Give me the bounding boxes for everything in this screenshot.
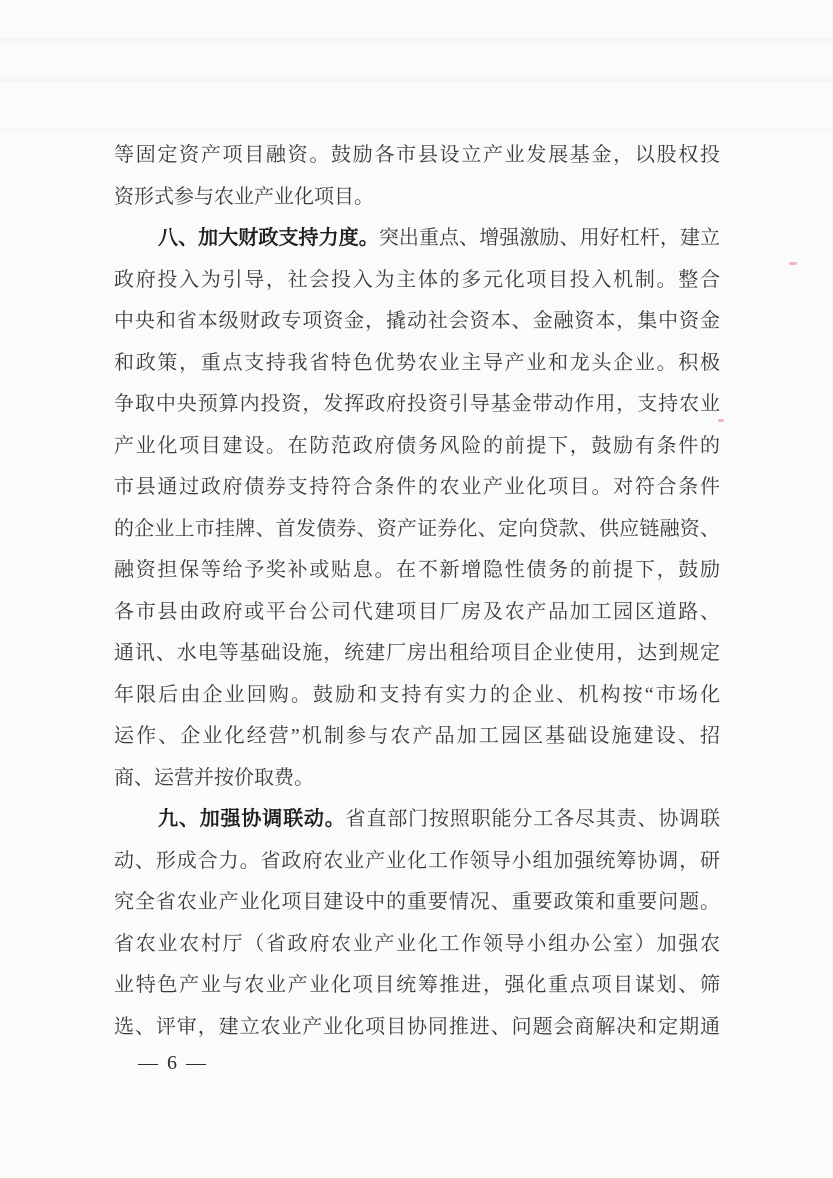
text-run: 商、运营并按价取费。: [114, 767, 314, 789]
text-run: 融资担保等给予奖补或贴息。在不新增隐性债务的前提下，鼓励: [114, 559, 720, 581]
text-run: 等固定资产项目融资。鼓励各市县设立产业发展基金，以股权投: [114, 144, 720, 166]
text-line: 争取中央预算内投资，发挥政府投资引导基金带动作用，支持农业: [114, 384, 720, 426]
text-run: 省直部门按照职能分工各尽其责、协调联: [346, 808, 720, 830]
text-run: 各市县由政府或平台公司代建项目厂房及农产品加工园区道路、: [114, 601, 720, 623]
text-run: 市县通过政府债券支持符合条件的农业产业化项目。对符合条件: [114, 476, 720, 498]
text-run: 运作、企业化经营”机制参与农产品加工园区基础设施建设、招: [114, 725, 720, 747]
text-line: 年限后由企业回购。鼓励和支持有实力的企业、机构按“市场化: [114, 675, 720, 717]
text-run: 究全省农业产业化项目建设中的重要情况、重要政策和重要问题。: [114, 891, 720, 913]
section-heading: 八、加大财政支持力度。: [158, 227, 379, 249]
text-run: 通讯、水电等基础设施，统建厂房出租给项目企业使用，达到规定: [114, 642, 720, 664]
text-run: 中央和省本级财政专项资金，撬动社会资本、金融资本，集中资金: [114, 310, 720, 332]
text-run: 的企业上市挂牌、首发债券、资产证券化、定向贷款、供应链融资、: [114, 518, 720, 540]
scan-artifact-band: [0, 38, 833, 45]
text-line: 中央和省本级财政专项资金，撬动社会资本、金融资本，集中资金: [114, 301, 720, 343]
text-line: 产业化项目建设。在防范政府债务风险的前提下，鼓励有条件的: [114, 426, 720, 468]
text-line: 动、形成合力。省政府农业产业化工作领导小组加强统筹协调，研: [114, 841, 720, 883]
text-run: 资形式参与农业产业化项目。: [114, 186, 374, 208]
text-line: 商、运营并按价取费。: [114, 758, 720, 800]
section-heading: 九、加强协调联动。: [158, 808, 346, 830]
scan-speck: [789, 262, 797, 265]
text-line: 市县通过政府债券支持符合条件的农业产业化项目。对符合条件: [114, 467, 720, 509]
text-line: 和政策，重点支持我省特色优势农业主导产业和龙头企业。积极: [114, 343, 720, 385]
scanned-document-page: 等固定资产项目融资。鼓励各市县设立产业发展基金，以股权投资形式参与农业产业化项目…: [0, 0, 833, 1178]
text-line: 九、加强协调联动。省直部门按照职能分工各尽其责、协调联: [114, 799, 720, 841]
text-run: 选、评审，建立农业产业化项目协同推进、问题会商解决和定期通: [114, 1016, 720, 1038]
text-line: 资形式参与农业产业化项目。: [114, 177, 720, 219]
text-run: 省农业农村厅（省政府农业产业化工作领导小组办公室）加强农: [114, 933, 720, 955]
text-line: 的企业上市挂牌、首发债券、资产证券化、定向贷款、供应链融资、: [114, 509, 720, 551]
text-line: 政府投入为引导，社会投入为主体的多元化项目投入机制。整合: [114, 260, 720, 302]
text-line: 通讯、水电等基础设施，统建厂房出租给项目企业使用，达到规定: [114, 633, 720, 675]
text-run: 突出重点、增强激励、用好杠杆，建立: [379, 227, 720, 249]
text-run: 年限后由企业回购。鼓励和支持有实力的企业、机构按“市场化: [114, 684, 720, 706]
text-line: 省农业农村厅（省政府农业产业化工作领导小组办公室）加强农: [114, 924, 720, 966]
page-number: — 6 —: [138, 1052, 208, 1075]
text-line: 等固定资产项目融资。鼓励各市县设立产业发展基金，以股权投: [114, 135, 720, 177]
text-line: 选、评审，建立农业产业化项目协同推进、问题会商解决和定期通: [114, 1007, 720, 1049]
text-line: 究全省农业产业化项目建设中的重要情况、重要政策和重要问题。: [114, 882, 720, 924]
text-run: 政府投入为引导，社会投入为主体的多元化项目投入机制。整合: [114, 269, 720, 291]
text-run: 业特色产业与农业产业化项目统筹推进，强化重点项目谋划、筛: [114, 974, 720, 996]
text-line: 融资担保等给予奖补或贴息。在不新增隐性债务的前提下，鼓励: [114, 550, 720, 592]
text-run: 产业化项目建设。在防范政府债务风险的前提下，鼓励有条件的: [114, 435, 720, 457]
text-line: 八、加大财政支持力度。突出重点、增强激励、用好杠杆，建立: [114, 218, 720, 260]
text-run: 争取中央预算内投资，发挥政府投资引导基金带动作用，支持农业: [114, 393, 720, 415]
text-run: 动、形成合力。省政府农业产业化工作领导小组加强统筹协调，研: [114, 850, 720, 872]
text-run: 和政策，重点支持我省特色优势农业主导产业和龙头企业。积极: [114, 352, 720, 374]
text-line: 各市县由政府或平台公司代建项目厂房及农产品加工园区道路、: [114, 592, 720, 634]
text-line: 运作、企业化经营”机制参与农产品加工园区基础设施建设、招: [114, 716, 720, 758]
scan-artifact-band: [0, 128, 833, 133]
document-body: 等固定资产项目融资。鼓励各市县设立产业发展基金，以股权投资形式参与农业产业化项目…: [114, 135, 720, 1048]
scan-artifact-band: [0, 76, 833, 82]
text-line: 业特色产业与农业产业化项目统筹推进，强化重点项目谋划、筛: [114, 965, 720, 1007]
